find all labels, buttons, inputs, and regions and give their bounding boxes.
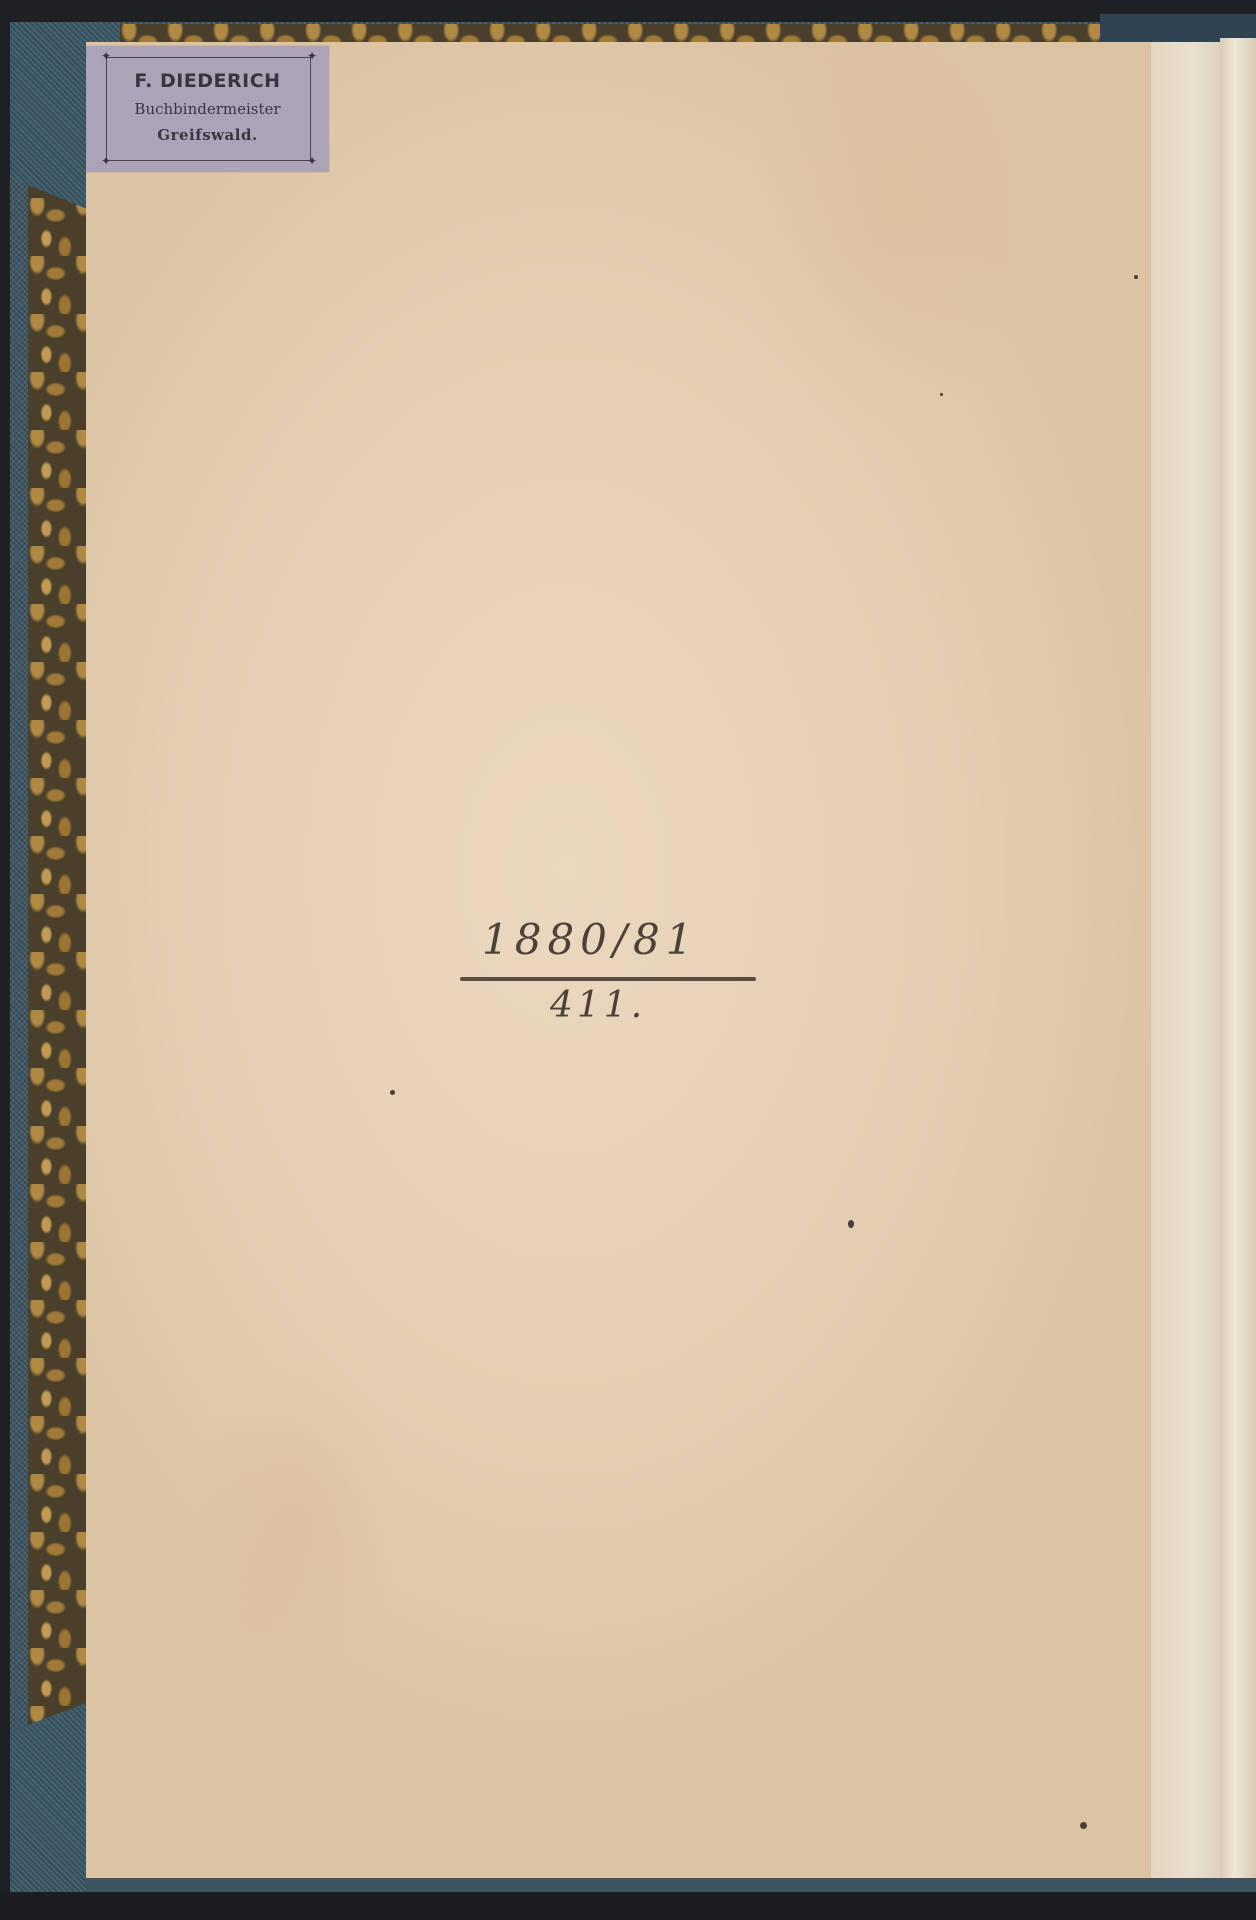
handwritten-shelfmark: 1880/81 411.	[460, 915, 770, 1025]
binder-city: Greifswald.	[86, 126, 329, 144]
paper-speck	[940, 393, 943, 396]
ornament-icon: ✦	[307, 52, 316, 61]
shelfmark-number: 411.	[550, 985, 646, 1026]
paper-speck	[1134, 275, 1138, 279]
background-shadow	[0, 1892, 1256, 1920]
shelfmark-year-range: 1880/81	[482, 915, 698, 964]
ornament-icon: ✦	[101, 157, 110, 166]
gutter-fold	[1220, 38, 1256, 1888]
bookbinder-label: ✦ ✦ ✦ ✦ F. DIEDERICH Buchbindermeister G…	[86, 46, 329, 172]
hinge-strip	[1150, 42, 1221, 1887]
ornament-icon: ✦	[101, 52, 110, 61]
paper-speck	[848, 1220, 854, 1228]
shelfmark-underline	[460, 977, 756, 981]
binder-name: F. DIEDERICH	[86, 70, 329, 92]
binder-trade: Buchbindermeister	[86, 100, 329, 118]
ornament-icon: ✦	[307, 157, 316, 166]
paper-speck	[1080, 1822, 1087, 1829]
paper-speck	[390, 1090, 395, 1095]
